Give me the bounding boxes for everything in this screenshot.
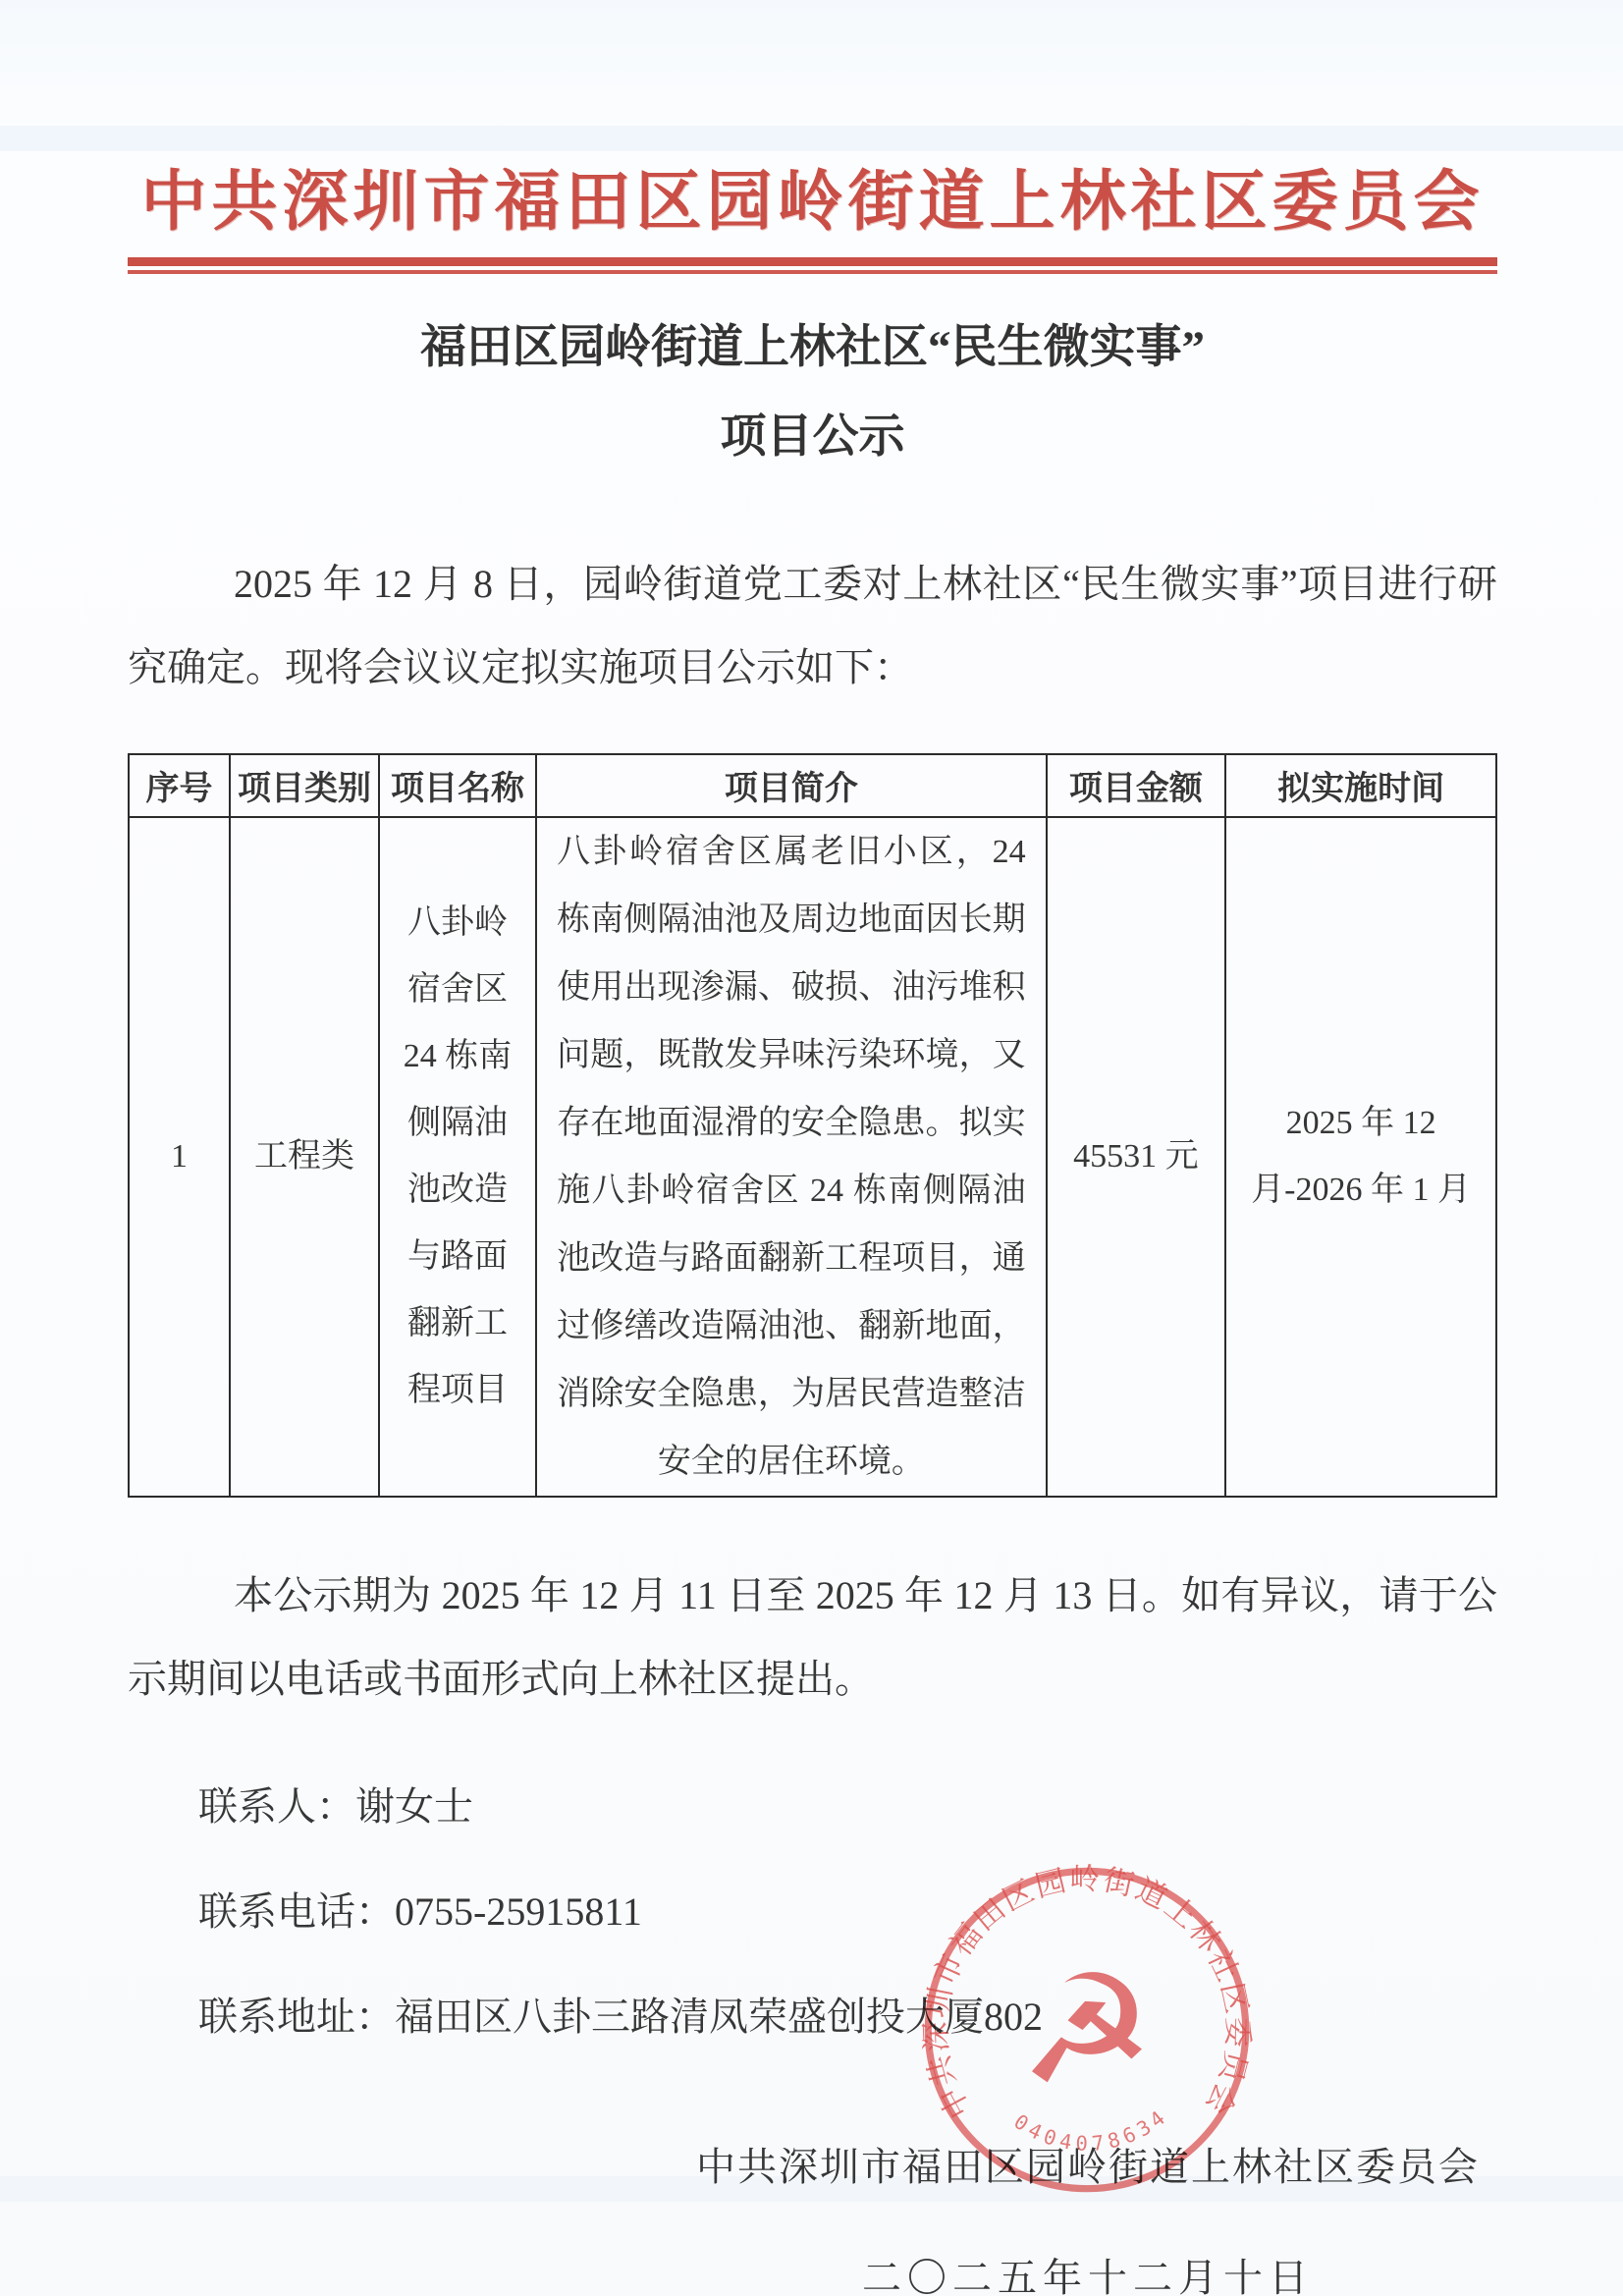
col-header-seq: 序号	[129, 754, 230, 817]
table-header-row: 序号 项目类别 项目名称 项目简介 项目金额 拟实施时间	[129, 754, 1496, 817]
document-title-line1: 福田区园岭街道上林社区“民生微实事”	[128, 325, 1497, 371]
col-header-schedule: 拟实施时间	[1225, 754, 1496, 817]
contact-phone: 联系电话：0755-25915811	[128, 1881, 1497, 1937]
col-header-summary: 项目简介	[536, 754, 1047, 817]
banner-divider	[128, 257, 1497, 274]
intro-paragraph: 2025 年 12 月 8 日，园岭街道党工委对上林社区“民生微实事”项目进行研…	[128, 543, 1497, 710]
closing-notice: 本公示期为 2025 年 12 月 11 日至 2025 年 12 月 13 日…	[128, 1555, 1497, 1722]
cell-summary: 八卦岭宿舍区属老旧小区，24 栋南侧隔油池及周边地面因长期使用出现渗漏、破损、油…	[536, 817, 1047, 1497]
cell-seq: 1	[129, 817, 230, 1497]
cell-category: 工程类	[230, 817, 379, 1497]
contact-person: 联系人：谢女士	[128, 1776, 1497, 1831]
cell-schedule: 2025 年 12 月-2026 年 1 月	[1225, 817, 1496, 1497]
org-banner-title: 中共深圳市福田区园岭街道上林社区委员会	[128, 149, 1497, 244]
table-row: 1 工程类 八卦岭宿舍区 24 栋南侧隔油池改造与路面翻新工程项目 八卦岭宿舍区…	[129, 817, 1496, 1497]
banner-divider-thin-line	[128, 270, 1497, 274]
projects-table: 序号 项目类别 项目名称 项目简介 项目金额 拟实施时间 1 工程类 八卦岭宿舍…	[128, 753, 1497, 1498]
col-header-category: 项目类别	[230, 754, 379, 817]
document-title: 福田区园岭街道上林社区“民生微实事” 项目公示	[128, 325, 1497, 461]
col-header-amount: 项目金额	[1047, 754, 1225, 817]
contact-address: 联系地址：福田区八卦三路清凤荣盛创投大厦802	[128, 1986, 1497, 2042]
banner-divider-thick-line	[128, 257, 1497, 266]
document-page: 中共深圳市福田区园岭街道上林社区委员会 福田区园岭街道上林社区“民生微实事” 项…	[0, 0, 1623, 2296]
document-title-line2: 项目公示	[128, 414, 1497, 461]
cell-name: 八卦岭宿舍区 24 栋南侧隔油池改造与路面翻新工程项目	[379, 817, 536, 1497]
signature-date: 二〇二五年十二月十日	[696, 2247, 1480, 2296]
col-header-name: 项目名称	[379, 754, 536, 817]
signature-inner: 中共深圳市福田区园岭街道上林社区委员会 二〇二五年十二月十日	[696, 2136, 1480, 2296]
cell-amount: 45531 元	[1047, 817, 1225, 1497]
signature-org: 中共深圳市福田区园岭街道上林社区委员会	[696, 2136, 1480, 2192]
signature-block: 中共深圳市福田区园岭街道上林社区委员会 二〇二五年十二月十日	[128, 2136, 1497, 2296]
